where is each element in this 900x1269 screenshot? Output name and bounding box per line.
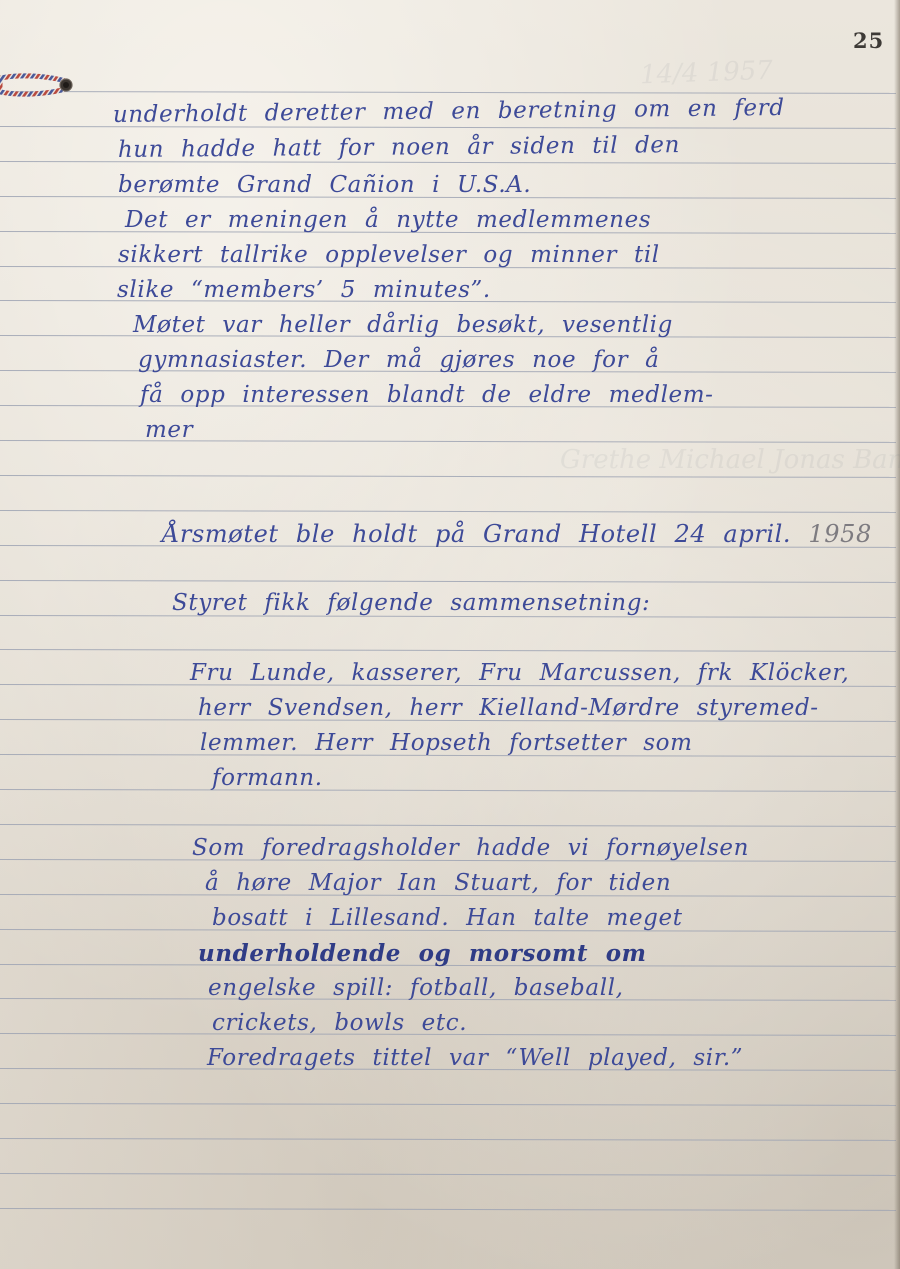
ruled-line (0, 649, 896, 652)
handwritten-line: gymnasiaster. Der må gjøres noe for å (138, 349, 659, 372)
page-edge-shadow (894, 0, 900, 1269)
handwritten-line: slike “members’ 5 minutes”. (117, 279, 491, 302)
notebook-page: 25 14/4 1957 Grethe Michael Jonas Bank u… (0, 0, 900, 1269)
ruled-line (0, 1208, 896, 1211)
ruled-line (0, 91, 896, 94)
annual-meeting-heading-text: Årsmøtet ble holdt på Grand Hotell 24 ap… (162, 520, 791, 548)
board-line: lemmer. Herr Hopseth fortsetter som (200, 732, 693, 755)
speaker-line: å høre Major Ian Stuart, for tiden (205, 872, 671, 895)
bleed-through-text: 14/4 1957 (640, 56, 774, 91)
handwritten-line: sikkert tallrike opplevelser og minner t… (118, 244, 660, 267)
handwritten-line: Møtet var heller dårlig besøkt, vesentli… (133, 314, 673, 337)
board-line: formann. (212, 767, 323, 790)
page-number: 25 (853, 28, 884, 53)
speaker-line: Foredragets tittel var “Well played, sir… (207, 1047, 743, 1070)
speaker-line: engelske spill: fotball, baseball, (208, 977, 624, 1000)
speaker-line: Som foredragsholder hadde vi fornøyelsen (192, 837, 749, 860)
speaker-line: bosatt i Lillesand. Han talte meget (212, 907, 683, 930)
annual-meeting-heading: Årsmøtet ble holdt på Grand Hotell 24 ap… (162, 522, 872, 546)
board-line: Fru Lunde, kasserer, Fru Marcussen, frk … (190, 662, 849, 685)
board-line: herr Svendsen, herr Kielland-Mørdre styr… (198, 697, 819, 720)
ruled-line (0, 440, 896, 443)
ruled-line (0, 510, 896, 513)
ruled-line (0, 580, 896, 583)
speaker-line: underholdende og morsomt om (198, 942, 647, 965)
handwritten-line: få opp interessen blandt de eldre medlem… (140, 384, 714, 407)
ruled-line (0, 1103, 896, 1106)
handwritten-line: mer (145, 419, 193, 442)
bleed-through-text: Grethe Michael Jonas Bank (560, 445, 900, 475)
annual-meeting-year: 1958 (808, 520, 871, 548)
ruled-line (0, 824, 896, 827)
ruled-line (0, 1173, 896, 1176)
handwritten-line: underholdt deretter med en beretning om … (113, 97, 785, 127)
ruled-line (0, 1138, 896, 1141)
binding-cord-icon (0, 72, 74, 98)
board-intro-line: Styret fikk følgende sammensetning: (172, 592, 650, 615)
ruled-line (0, 475, 896, 478)
handwritten-line: berømte Grand Cañion i U.S.A. (118, 174, 531, 197)
speaker-line: crickets, bowls etc. (212, 1012, 467, 1035)
ruled-line (0, 789, 896, 792)
handwritten-line: hun hadde hatt for noen år siden til den (118, 134, 680, 162)
handwritten-line: Det er meningen å nytte medlemmenes (125, 209, 651, 232)
